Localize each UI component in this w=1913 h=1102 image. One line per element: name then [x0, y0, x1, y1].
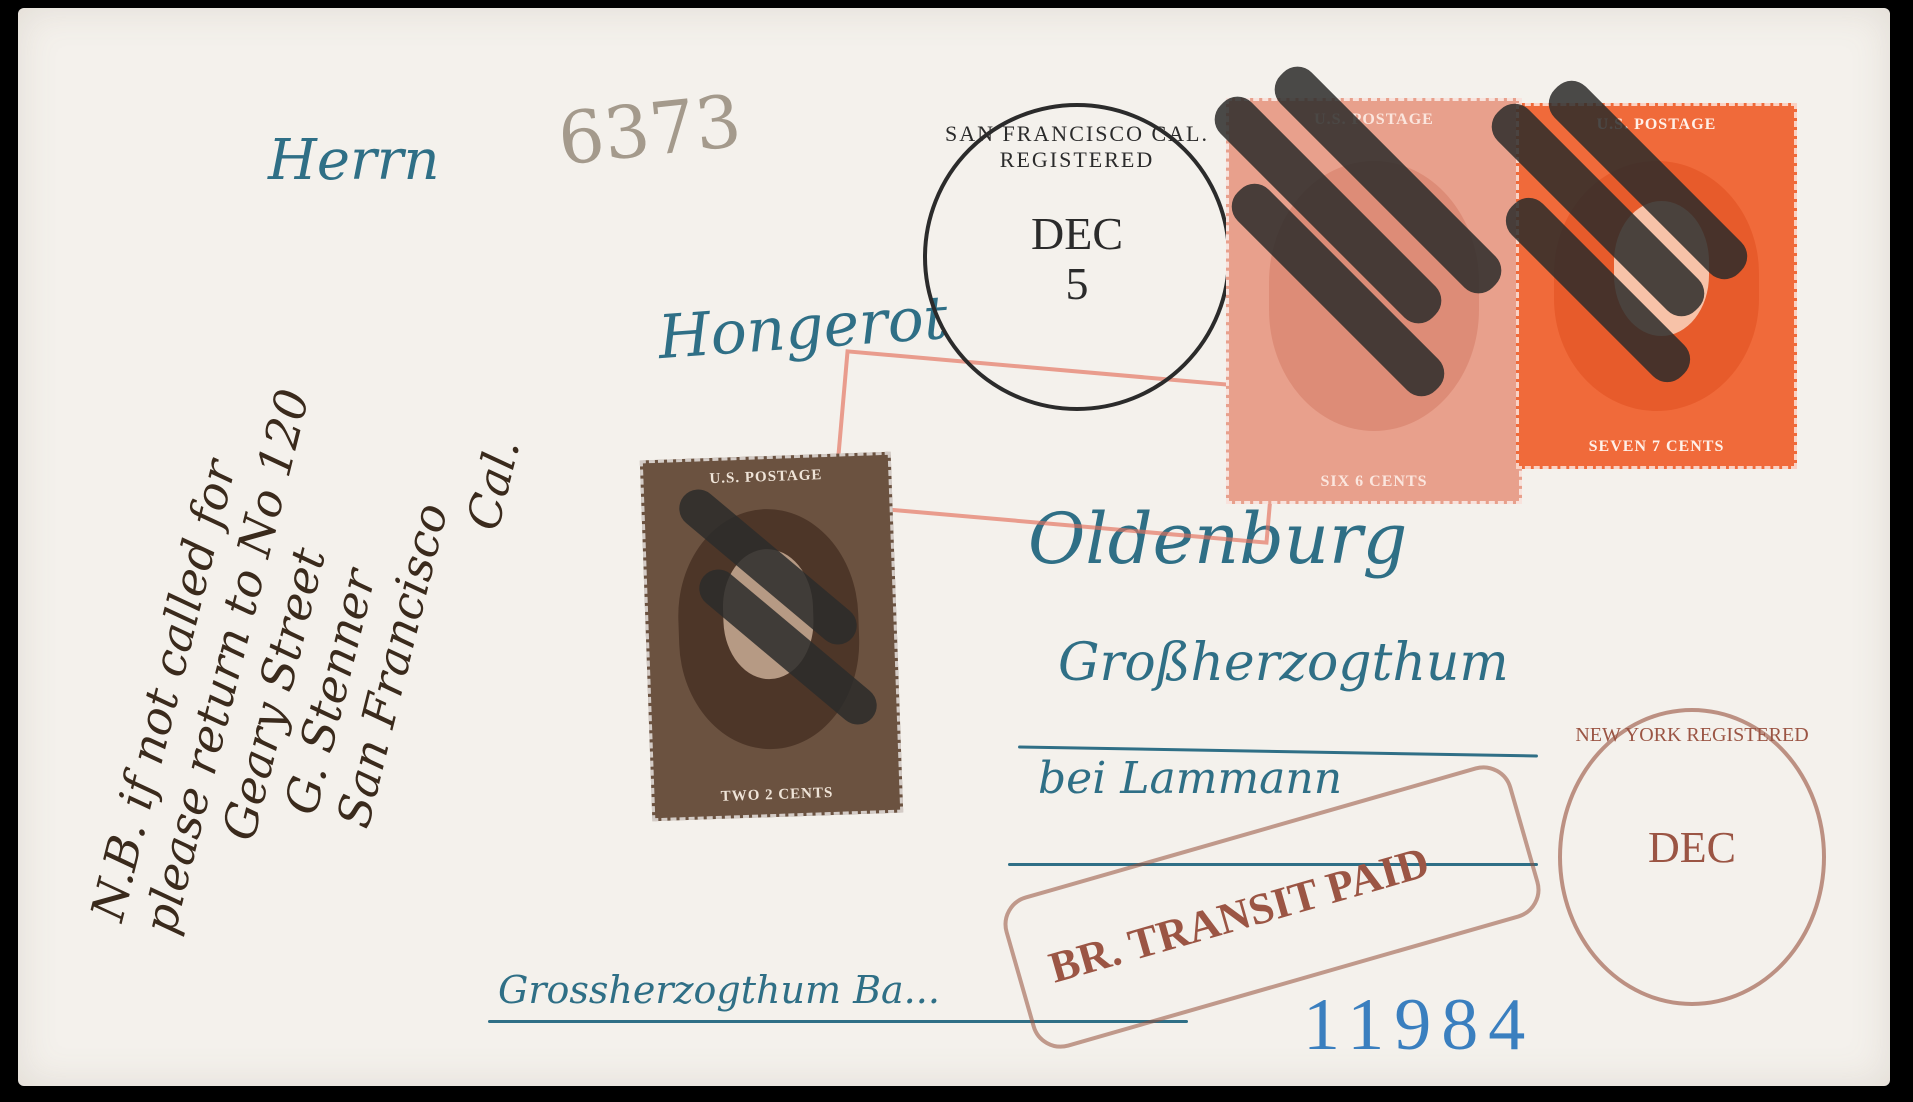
stamp-bottom-label: SEVEN 7 CENTS — [1589, 438, 1725, 456]
postmark-day: 5 — [927, 257, 1227, 310]
stamp-top-label: U.S. POSTAGE — [709, 467, 823, 488]
stamp-bottom-label: TWO 2 CENTS — [720, 785, 833, 806]
ny-postmark-ring-text: NEW YORK REGISTERED — [1562, 724, 1822, 747]
postal-cover: N.B. if not called for please return to … — [18, 8, 1890, 1086]
postmark-ring-text: SAN FRANCISCO CAL. REGISTERED — [927, 121, 1227, 173]
new-york-postmark: NEW YORK REGISTERED DEC — [1558, 708, 1826, 1006]
address-line3: bei Lammann — [1038, 753, 1342, 804]
address-line2: Großherzogthum — [1058, 633, 1509, 693]
san-francisco-postmark: SAN FRANCISCO CAL. REGISTERED DEC 5 — [923, 103, 1231, 411]
pencil-number: 6373 — [554, 79, 745, 182]
postmark-month: DEC — [927, 207, 1227, 260]
ny-postmark-month: DEC — [1562, 822, 1822, 873]
registry-number: 11984 — [1303, 983, 1535, 1068]
address-bottom-line: Grossherzogthum Ba... — [498, 968, 940, 1012]
stamp-bottom-label: SIX 6 CENTS — [1320, 473, 1427, 491]
return-address-note: N.B. if not called for please return to … — [80, 368, 530, 992]
address-salutation: Herrn — [268, 128, 440, 193]
transit-paid-text: BR. TRANSIT PAID — [1043, 836, 1434, 993]
